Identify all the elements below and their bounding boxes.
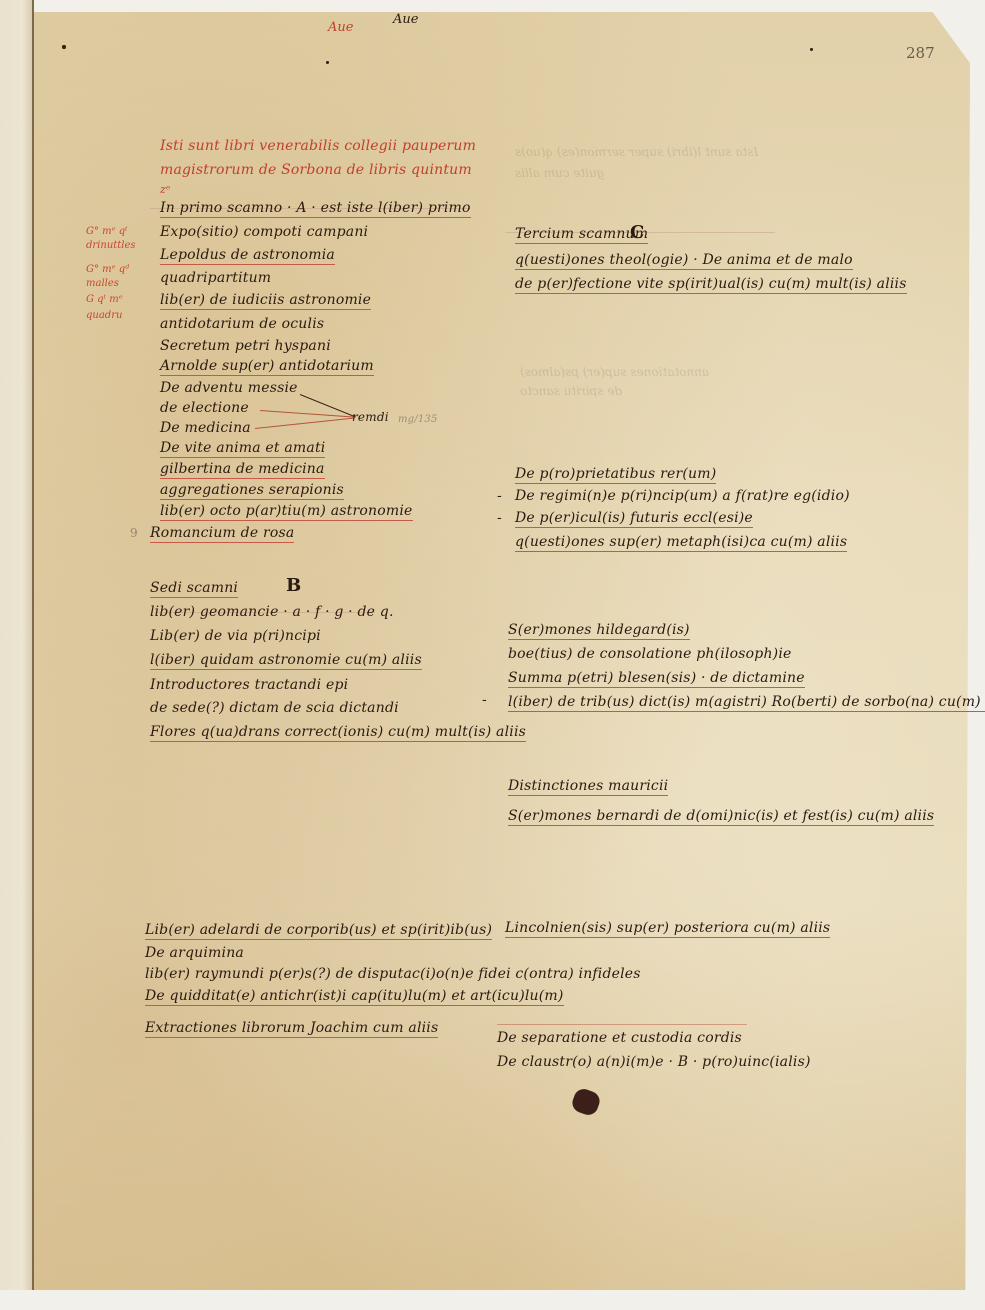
catalog-entry: l(iber) de trib(us) dict(is) m(agistri) … bbox=[508, 694, 985, 712]
show-through-text: Ista sunt l(ibri) super sermon(es) q(uo)… bbox=[515, 145, 758, 159]
catalog-entry: gilbertina de medicina bbox=[160, 461, 325, 479]
catalog-entry: De arquimina bbox=[145, 945, 244, 961]
show-through-text: guite cum aliis bbox=[515, 166, 604, 180]
catalog-entry: Secretum petri hyspani bbox=[160, 338, 331, 354]
catalog-entry: De p(ro)prietatibus rer(um) bbox=[515, 466, 716, 484]
catalog-entry: Lib(er) adelardi de corporib(us) et sp(i… bbox=[145, 922, 492, 940]
margin-note: malles bbox=[86, 278, 119, 289]
catalog-entry: De p(er)icul(is) futuris eccl(esi)e bbox=[515, 510, 753, 528]
catalog-entry: S(er)mones bernardi de d(omi)nic(is) et … bbox=[508, 808, 934, 826]
catalog-entry: Extractiones librorum Joachim cum aliis bbox=[145, 1020, 438, 1038]
catalog-entry: De separatione et custodia cordis bbox=[497, 1030, 742, 1046]
margin-number: 9 bbox=[130, 526, 138, 540]
catalog-entry: S(er)mones hildegard(is) bbox=[508, 622, 690, 640]
speck bbox=[326, 61, 329, 64]
margin-note: G° mᵉ qᵗ bbox=[86, 226, 128, 237]
catalog-entry: de p(er)fectione vite sp(irit)ual(is) cu… bbox=[515, 276, 907, 294]
catalog-entry: Lib(er) de via p(ri)ncipi bbox=[150, 628, 321, 644]
catalog-entry: aggregationes serapionis bbox=[160, 482, 344, 500]
show-through-text: annotationes sup(er) ps(almos) bbox=[520, 365, 709, 379]
catalog-entry: de electione bbox=[160, 400, 249, 416]
catalog-entry: lib(er) de iudiciis astronomie bbox=[160, 292, 371, 310]
catalog-entry: Expo(sitio) compoti campani bbox=[160, 224, 368, 240]
catalog-entry: l(iber) quidam astronomie cu(m) aliis bbox=[150, 652, 422, 670]
marker-dash: - bbox=[482, 692, 487, 708]
marker-dash: - bbox=[497, 510, 502, 526]
margin-note: drinuttles bbox=[86, 240, 136, 251]
catalog-entry: De medicina bbox=[160, 420, 251, 436]
catalog-entry: lib(er) geomancie · a · f · g · de q. bbox=[150, 604, 394, 620]
catalog-entry: antidotarium de oculis bbox=[160, 316, 324, 332]
show-through-text: de spiritu sancto bbox=[520, 384, 622, 398]
facing-page-edge bbox=[0, 0, 34, 1290]
margin-note: G° mᵉ qᵈ bbox=[86, 264, 129, 275]
bracket-note: remdi bbox=[352, 410, 389, 424]
section-letter: C bbox=[630, 222, 645, 243]
rubric-line: zᵉ bbox=[160, 183, 170, 196]
catalog-entry: lib(er) raymundi p(er)s(?) de disputac(i… bbox=[145, 966, 641, 982]
section-letter: B bbox=[286, 575, 301, 596]
rubric-line: Isti sunt libri venerabilis collegii pau… bbox=[160, 138, 476, 154]
catchword-black: Aue bbox=[393, 12, 418, 27]
ruling-line bbox=[497, 1024, 747, 1025]
catalog-entry: Lepoldus de astronomia bbox=[160, 247, 335, 265]
catchword-red: Aue bbox=[328, 20, 353, 35]
catalog-entry: De vite anima et amati bbox=[160, 440, 325, 458]
faint-note: mg/135 bbox=[398, 414, 438, 425]
rubric-line: magistrorum de Sorbona de libris quintum bbox=[160, 162, 472, 178]
catalog-entry: Distinctiones mauricii bbox=[508, 778, 668, 796]
margin-note: quadru bbox=[86, 310, 122, 321]
section-heading: In primo scamno · A · est iste l(iber) p… bbox=[160, 200, 471, 218]
folio-number: 287 bbox=[906, 44, 935, 62]
catalog-entry: De adventu messie bbox=[160, 380, 298, 396]
catalog-entry: Introductores tractandi epi bbox=[150, 677, 348, 693]
catalog-entry: lib(er) octo p(ar)tiu(m) astronomie bbox=[160, 503, 413, 521]
catalog-entry: boe(tius) de consolatione ph(ilosoph)ie bbox=[508, 646, 792, 662]
catalog-entry: q(uesti)ones sup(er) metaph(isi)ca cu(m)… bbox=[515, 534, 847, 552]
catalog-entry: q(uesti)ones theol(ogie) · De anima et d… bbox=[515, 252, 853, 270]
marker-dash: - bbox=[497, 488, 502, 504]
catalog-entry: De claustr(o) a(n)i(m)e · B · p(ro)uinc(… bbox=[497, 1054, 811, 1070]
catalog-entry: Lincolnien(sis) sup(er) posteriora cu(m)… bbox=[505, 920, 830, 938]
speck bbox=[62, 45, 66, 49]
catalog-entry: Flores q(ua)drans correct(ionis) cu(m) m… bbox=[150, 724, 526, 742]
catalog-entry: Romancium de rosa bbox=[150, 525, 294, 543]
catalog-entry: quadripartitum bbox=[160, 270, 271, 286]
catalog-entry: De regimi(n)e p(ri)ncip(um) a f(rat)re e… bbox=[515, 488, 850, 504]
catalog-entry: De quidditat(e) antichr(ist)i cap(itu)lu… bbox=[145, 988, 564, 1006]
section-heading: Sedi scamni bbox=[150, 580, 238, 598]
catalog-entry: Summa p(etri) blesen(sis) · de dictamine bbox=[508, 670, 805, 688]
catalog-entry: Arnolde sup(er) antidotarium bbox=[160, 358, 374, 376]
margin-note: G qᵗ mᵉ bbox=[86, 294, 123, 305]
section-heading: Tercium scamnum bbox=[515, 226, 648, 244]
speck bbox=[810, 48, 813, 51]
catalog-entry: de sede(?) dictam de scia dictandi bbox=[150, 700, 399, 716]
